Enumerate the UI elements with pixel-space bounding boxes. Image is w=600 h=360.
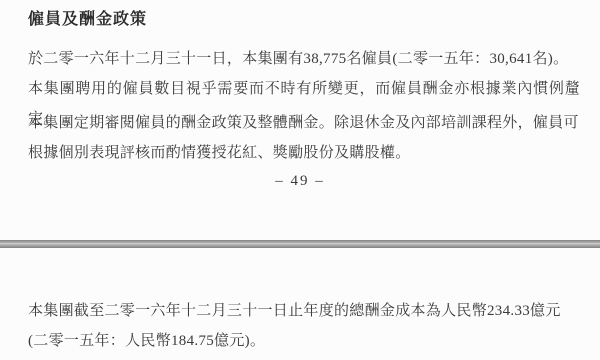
section-title: 僱員及酬金政策 [28,6,147,29]
total-remuneration-paragraph: 本集團截至二零一六年十二月三十一日止年度的總酬金成本為人民幣234.33億元 (… [28,296,580,356]
remuneration-policy-paragraph: 本集團定期審閱僱員的酬金政策及整體酬金。除退休金及內部培訓課程外，僱員可 根據個… [28,108,580,168]
page-break-divider [0,240,600,248]
page-number: – 49 – [0,173,600,190]
document-page: 僱員及酬金政策 於二零一六年十二月三十一日，本集團有38,775名僱員(二零一五… [0,0,600,360]
